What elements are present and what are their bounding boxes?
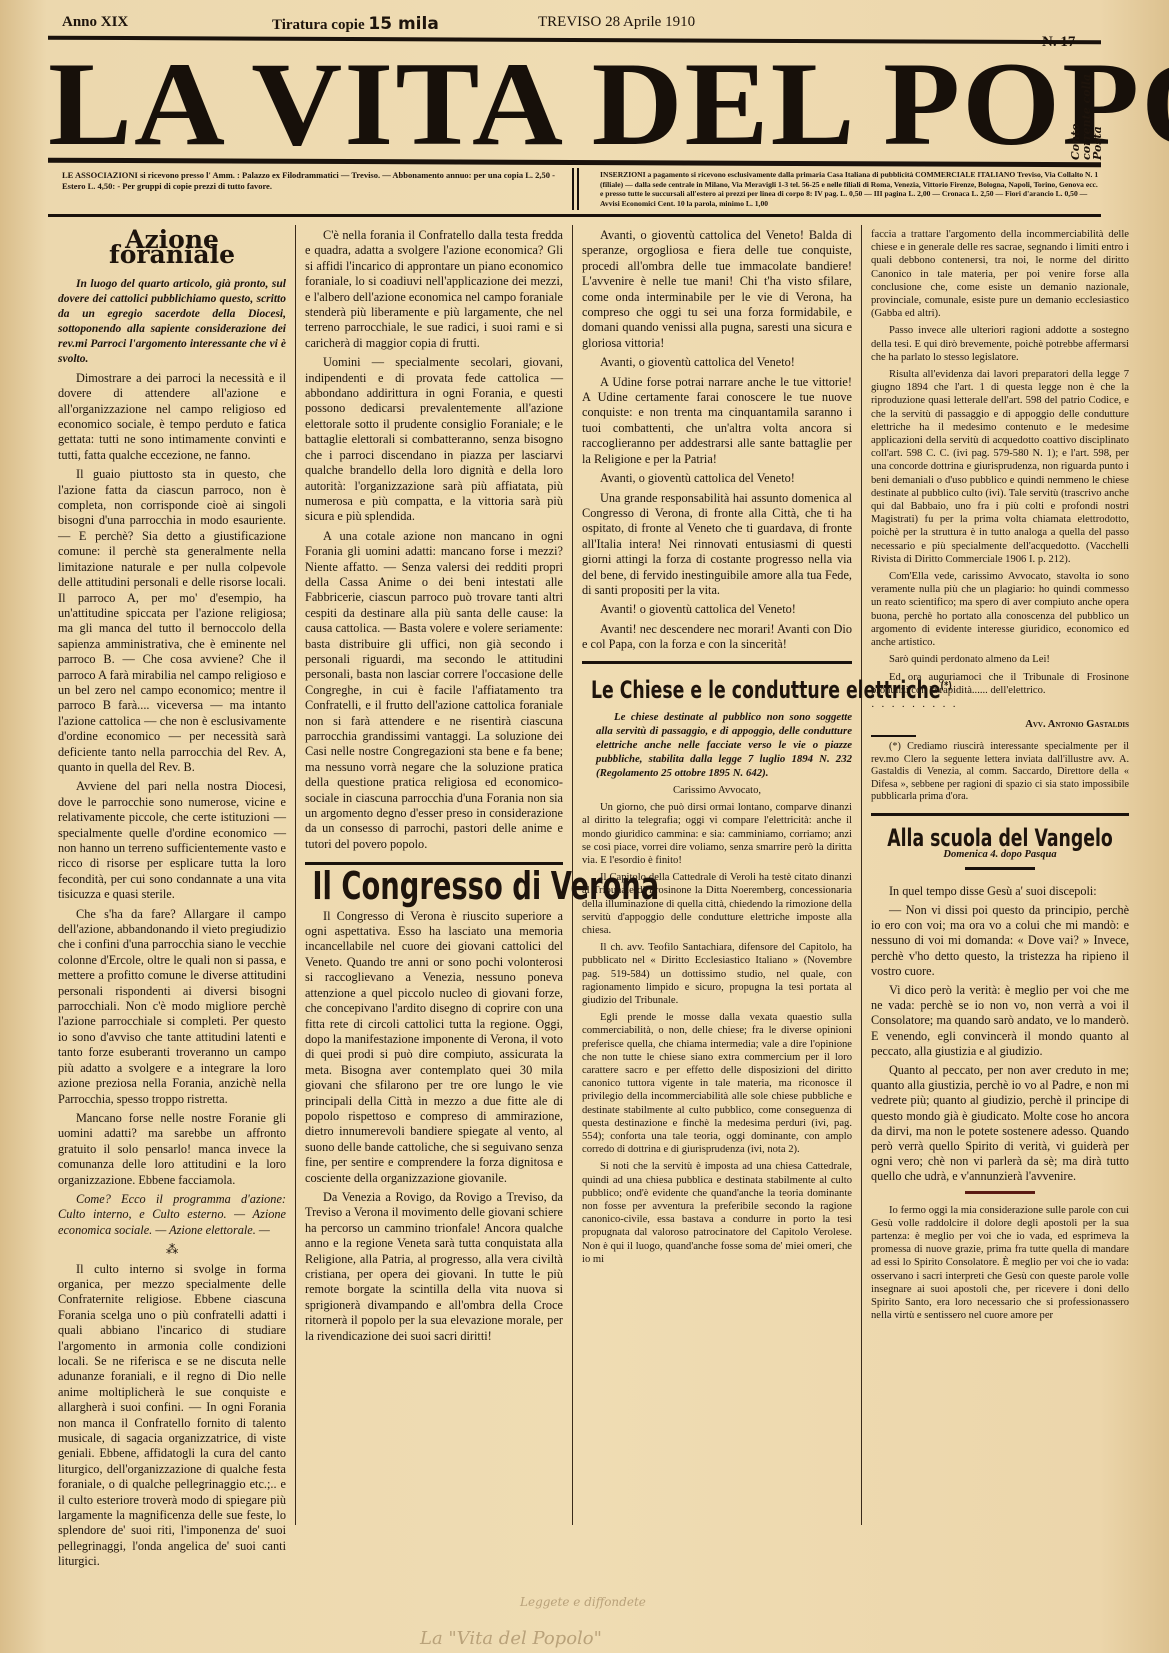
article-title-azione-foraniale: Azione foraniale bbox=[58, 232, 286, 263]
inserzioni-info: INSERZIONI a pagamento si ricevono esclu… bbox=[600, 170, 1100, 208]
paragraph: Il guaio piuttosto sta in questo, che l'… bbox=[58, 467, 286, 775]
anno-label: Anno XIX bbox=[62, 14, 128, 31]
paragraph: faccia a trattare l'argomento della inco… bbox=[871, 228, 1129, 320]
column-divider-1 bbox=[295, 225, 296, 1525]
paragraph: Ed ora auguriamoci che il Tribunale di F… bbox=[871, 671, 1129, 697]
paragraph: C'è nella forania il Confratello dalla t… bbox=[305, 228, 563, 351]
column-3: Avanti, o gioventù cattolica del Veneto!… bbox=[582, 228, 852, 1270]
header-meta-line: Anno XIX Tiratura copie 15 mila TREVISO … bbox=[0, 14, 1169, 36]
dots-separator: · · · · · · · · · bbox=[871, 701, 1129, 714]
date-label: TREVISO 28 Aprile 1910 bbox=[538, 14, 695, 31]
paragraph: Mancano forse nelle nostre Foranie gli u… bbox=[58, 1111, 286, 1188]
paragraph: Egli prende le mosse dalla vexata quaest… bbox=[582, 1011, 852, 1156]
paragraph: Avviene del pari nella nostra Diocesi, d… bbox=[58, 779, 286, 902]
asterism: ⁂ bbox=[58, 1242, 286, 1257]
paragraph: In quel tempo disse Gesù a' suoi discepo… bbox=[871, 884, 1129, 899]
article-title-chiese: Le Chiese e le condutture elettriche(*) bbox=[591, 678, 843, 698]
newspaper-page: Anno XIX Tiratura copie 15 mila TREVISO … bbox=[0, 0, 1169, 1653]
paragraph: Io fermo oggi la mia considerazione sull… bbox=[871, 1204, 1129, 1323]
paragraph: A una cotale azione non mancano in ogni … bbox=[305, 529, 563, 853]
header-bottom-rule bbox=[48, 214, 1101, 217]
paragraph: Un giorno, che può dirsi ormai lontano, … bbox=[582, 801, 852, 867]
column-1: Azione foraniale In luogo del quarto art… bbox=[58, 226, 286, 1574]
paragraph: Vi dico però la verità: è meglio per voi… bbox=[871, 983, 1129, 1059]
paragraph: Come? Ecco il programma d'azione: Culto … bbox=[58, 1192, 286, 1238]
paragraph: Sarò quindi perdonato almeno da Lei! bbox=[871, 653, 1129, 666]
paragraph: Una grande responsabilità hai assunto do… bbox=[582, 491, 852, 599]
paragraph: Il Capitolo della Cattedrale di Veroli h… bbox=[582, 871, 852, 937]
paragraph: Avanti! o gioventù cattolica del Veneto! bbox=[582, 602, 852, 617]
paragraph: Il ch. avv. Teofilo Santachiara, difenso… bbox=[582, 941, 852, 1007]
paragraph: Risulta all'evidenza dai lavori preparat… bbox=[871, 368, 1129, 566]
column-4: faccia a trattare l'argomento della inco… bbox=[871, 228, 1129, 1326]
salutation: Carissimo Avvocato, bbox=[582, 784, 852, 797]
column-divider-3 bbox=[861, 225, 862, 1525]
paragraph: Uomini — specialmente secolari, giovani,… bbox=[305, 355, 563, 524]
paragraph: A Udine forse potrai narrare anche le tu… bbox=[582, 375, 852, 467]
short-rule bbox=[965, 1191, 1035, 1194]
azione-lead: In luogo del quarto articolo, già pronto… bbox=[58, 277, 286, 367]
bleed-through-text: Leggete e diffondete bbox=[520, 1595, 646, 1609]
chiese-lead: Le chiese destinate al pubblico non sono… bbox=[582, 710, 852, 780]
paragraph: Il Congresso di Verona è riuscito superi… bbox=[305, 909, 563, 1186]
tiratura-label: Tiratura copie 15 mila bbox=[272, 14, 439, 34]
footnote: (*) Crediamo riuscirà interessante speci… bbox=[871, 741, 1129, 803]
signature: Avv. Antonio Gastaldis bbox=[871, 718, 1129, 731]
column-2: C'è nella forania il Confratello dalla t… bbox=[305, 228, 563, 1348]
short-rule bbox=[965, 867, 1035, 870]
info-divider-b bbox=[577, 168, 579, 210]
paragraph: Il culto interno si svolge in forma orga… bbox=[58, 1262, 286, 1570]
paragraph: Dimostrare a dei parroci la necessità e … bbox=[58, 371, 286, 463]
paragraph: Avanti, o gioventù cattolica del Veneto! bbox=[582, 471, 852, 486]
article-title-congresso: Il Congresso di Verona bbox=[312, 879, 555, 894]
paragraph: Da Venezia a Rovigo, da Rovigo a Treviso… bbox=[305, 1190, 563, 1344]
paragraph: Passo invece alle ulteriori ragioni addo… bbox=[871, 324, 1129, 364]
paragraph: Che s'ha da fare? Allargare il campo del… bbox=[58, 907, 286, 1107]
masthead-title: LA VITA DEL POPOLO bbox=[48, 53, 1058, 158]
paragraph: Si noti che la servitù è imposta ad una … bbox=[582, 1160, 852, 1266]
article-title-vangelo: Alla scuola del Vangelo bbox=[878, 832, 1121, 845]
paragraph: Avanti, o gioventù cattolica del Veneto! bbox=[582, 355, 852, 370]
bleed-through-text: La "Vita del Popolo" bbox=[420, 1628, 602, 1649]
postal-note: Conto corrente colla Posta bbox=[1070, 70, 1092, 160]
associazioni-info: LE ASSOCIAZIONI si ricevono presso l' Am… bbox=[62, 170, 562, 192]
info-divider-a bbox=[572, 168, 574, 210]
paragraph: — Non vi dissi poi questo da principio, … bbox=[871, 903, 1129, 979]
footnote-rule bbox=[871, 735, 916, 737]
paragraph: Com'Ella vede, carissimo Avvocato, stavo… bbox=[871, 570, 1129, 649]
paragraph: Avanti! nec descendere nec morari! Avant… bbox=[582, 622, 852, 653]
paragraph: Avanti, o gioventù cattolica del Veneto!… bbox=[582, 228, 852, 351]
section-rule bbox=[871, 813, 1129, 816]
section-rule bbox=[582, 661, 852, 664]
paragraph: Quanto al peccato, per non aver creduto … bbox=[871, 1063, 1129, 1185]
